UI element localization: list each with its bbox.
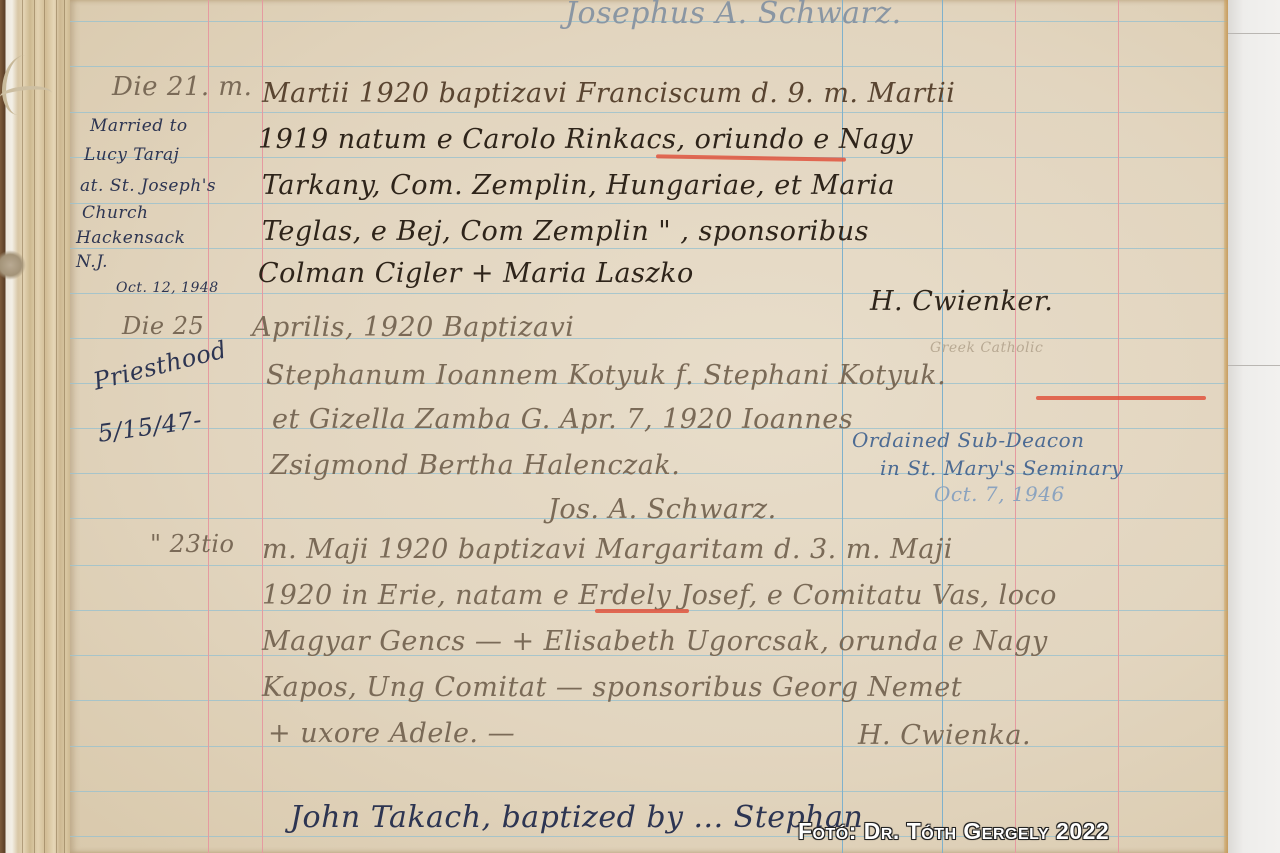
book-spine (0, 0, 72, 853)
entry-1-signature: H. Cwienker. (870, 286, 1053, 317)
entry-3-signature: H. Cwienka. (858, 720, 1031, 751)
red-underline-kotyuk (1036, 396, 1206, 400)
entry-2-line-1: Aprilis, 1920 Baptizavi (252, 312, 574, 343)
top-signature: Josephus A. Schwarz. (565, 0, 902, 31)
entry-2-margin-date: Die 25 (122, 312, 204, 340)
sheet-edge-line (1228, 33, 1280, 34)
sheet-edge-line (1228, 365, 1280, 366)
interlinear-note-greek-catholic: Greek Catholic (930, 340, 1043, 356)
red-underline-erdely (595, 609, 689, 613)
entry-4-text: John Takach, baptized by ... Stephan (290, 800, 863, 835)
background-surface (1228, 0, 1280, 853)
entry-1-margin-date: Die 21. m. (112, 72, 252, 102)
entry-2-signature: Jos. A. Schwarz. (548, 494, 777, 525)
photo-credit-watermark: Fotó: Dr. Tóth Gergely 2022 (798, 818, 1109, 845)
entry-3-margin-date: " 23tio (150, 530, 234, 558)
binding-tassel (0, 250, 26, 280)
